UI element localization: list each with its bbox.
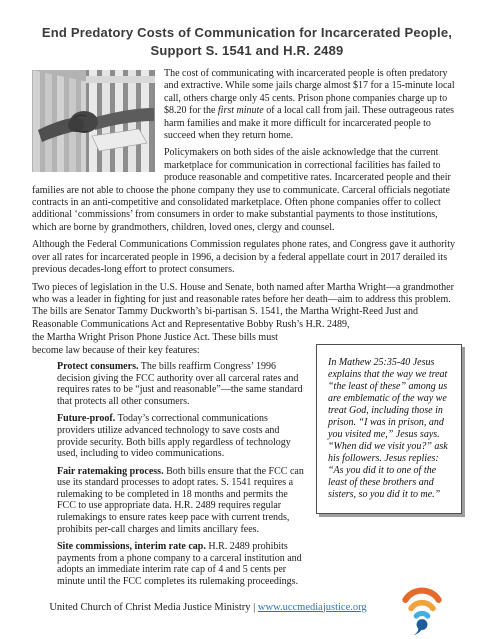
- flyer-page: End Predatory Costs of Communication for…: [0, 0, 494, 639]
- page-title-line2: Support S. 1541 and H.R. 2489: [32, 42, 462, 60]
- feature-protect-consumers: Protect consumers. The bills reaffirm Co…: [57, 361, 304, 407]
- feature-protect-consumers-title: Protect consumers.: [57, 361, 138, 372]
- page-title: End Predatory Costs of Communication for…: [32, 24, 462, 59]
- footer-link[interactable]: www.uccmediajustice.org: [258, 602, 367, 613]
- feature-future-proof-title: Future-proof.: [57, 413, 115, 424]
- footer-separator: |: [251, 602, 258, 613]
- paragraph-costs-italic: first minute: [218, 105, 264, 116]
- two-column-region: the Martha Wright Prison Phone Justice A…: [32, 332, 462, 594]
- footer-org: United Church of Christ Media Justice Mi…: [49, 602, 250, 613]
- footer: United Church of Christ Media Justice Mi…: [0, 577, 494, 637]
- paragraph-fcc: Although the Federal Communications Comm…: [32, 239, 462, 276]
- feature-site-commissions-title: Site commissions, interim rate cap.: [57, 541, 206, 552]
- feature-fair-ratemaking-title: Fair ratemaking process.: [57, 466, 164, 477]
- paragraph-legislation: Two pieces of legislation in the U.S. Ho…: [32, 282, 462, 332]
- key-features-column: the Martha Wright Prison Phone Justice A…: [32, 332, 304, 594]
- paragraph-legislation-continued: the Martha Wright Prison Phone Justice A…: [32, 332, 304, 357]
- feature-future-proof: Future-proof. Today’s correctional commu…: [57, 413, 304, 459]
- prison-bars-hands-photo: [32, 70, 155, 172]
- scripture-quote-box: In Mathew 25:35-40 Jesus explains that t…: [316, 344, 462, 514]
- page-title-line1: End Predatory Costs of Communication for…: [32, 24, 462, 42]
- feature-fair-ratemaking: Fair ratemaking process. Both bills ensu…: [57, 466, 304, 536]
- intro-section: The cost of communicating with incarcera…: [32, 68, 462, 331]
- key-features-list: Protect consumers. The bills reaffirm Co…: [57, 361, 304, 588]
- wifi-comma-logo-icon: [399, 579, 445, 635]
- footer-text: United Church of Christ Media Justice Mi…: [49, 602, 366, 613]
